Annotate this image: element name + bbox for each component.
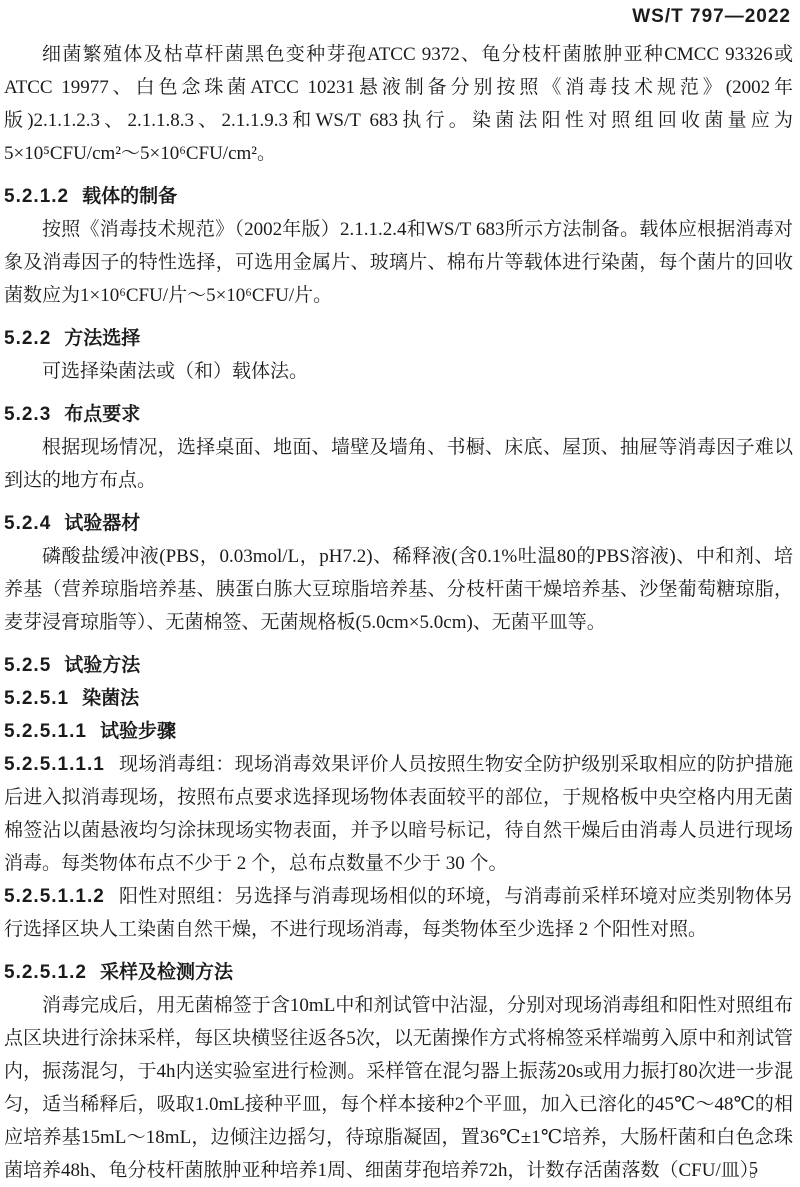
clause-number: 5.2.5.1.1.2 [4, 886, 105, 907]
heading-title: 布点要求 [64, 404, 140, 425]
heading-number: 5.2.5.1 [4, 688, 69, 709]
paragraph-text: 可选择染菌法或（和）载体法。 [42, 361, 308, 382]
page-number: 5 [749, 1158, 758, 1179]
paragraph: 磷酸盐缓冲液(PBS，0.03mol/L，pH7.2)、稀释液(含0.1%吐温8… [4, 540, 793, 639]
paragraph-text: 磷酸盐缓冲液(PBS，0.03mol/L，pH7.2)、稀释液(含0.1%吐温8… [4, 546, 793, 633]
heading-number: 5.2.1.2 [4, 186, 69, 207]
heading-number: 5.2.5 [4, 655, 51, 676]
heading-title: 试验步骤 [100, 721, 176, 742]
paragraph: 细菌繁殖体及枯草杆菌黑色变种芽孢ATCC 9372、龟分枝杆菌脓肿亚种CMCC … [4, 38, 793, 170]
paragraph-text: 按照《消毒技术规范》（2002年版）2.1.1.2.4和WS/T 683所示方法… [4, 219, 793, 306]
heading-5-2-2: 5.2.2方法选择 [4, 322, 793, 355]
paragraph: 根据现场情况，选择桌面、地面、墙壁及墙角、书橱、床底、屋顶、抽屉等消毒因子难以到… [4, 431, 793, 497]
heading-5-2-3: 5.2.3布点要求 [4, 398, 793, 431]
standard-code: WS/T 797—2022 [4, 5, 791, 28]
numbered-paragraph: 5.2.5.1.1.2阳性对照组：另选择与消毒现场相似的环境，与消毒前采样环境对… [4, 880, 793, 946]
paragraph: 消毒完成后，用无菌棉签于含10mL中和剂试管中沾湿，分别对现场消毒组和阳性对照组… [4, 989, 793, 1187]
heading-5-2-4: 5.2.4试验器材 [4, 507, 793, 540]
numbered-paragraph: 5.2.5.1.1.1现场消毒组：现场消毒效果评价人员按照生物安全防护级别采取相… [4, 748, 793, 880]
heading-number: 5.2.3 [4, 404, 51, 425]
paragraph-text: 消毒完成后，用无菌棉签于含10mL中和剂试管中沾湿，分别对现场消毒组和阳性对照组… [4, 995, 793, 1181]
heading-number: 5.2.2 [4, 328, 51, 349]
heading-5-2-5-1: 5.2.5.1染菌法 [4, 682, 793, 715]
paragraph: 可选择染菌法或（和）载体法。 [4, 355, 793, 388]
heading-title: 试验方法 [64, 655, 140, 676]
paragraph-text: 细菌繁殖体及枯草杆菌黑色变种芽孢ATCC 9372、龟分枝杆菌脓肿亚种CMCC … [4, 44, 793, 164]
paragraph: 按照《消毒技术规范》（2002年版）2.1.1.2.4和WS/T 683所示方法… [4, 213, 793, 312]
heading-title: 染菌法 [82, 688, 139, 709]
heading-number: 5.2.5.1.1 [4, 721, 87, 742]
heading-title: 试验器材 [64, 513, 140, 534]
heading-5-2-5-1-2: 5.2.5.1.2采样及检测方法 [4, 956, 793, 989]
heading-5-2-1-2: 5.2.1.2载体的制备 [4, 180, 793, 213]
heading-title: 方法选择 [64, 328, 140, 349]
heading-number: 5.2.4 [4, 513, 51, 534]
heading-number: 5.2.5.1.2 [4, 962, 87, 983]
paragraph-text: 根据现场情况，选择桌面、地面、墙壁及墙角、书橱、床底、屋顶、抽屉等消毒因子难以到… [4, 437, 793, 491]
document-page: WS/T 797—2022 细菌繁殖体及枯草杆菌黑色变种芽孢ATCC 9372、… [0, 0, 800, 1187]
heading-title: 采样及检测方法 [100, 962, 233, 983]
heading-5-2-5-1-1: 5.2.5.1.1试验步骤 [4, 715, 793, 748]
clause-number: 5.2.5.1.1.1 [4, 754, 105, 775]
paragraph-text: 阳性对照组：另选择与消毒现场相似的环境，与消毒前采样环境对应类别物体另行选择区块… [4, 886, 793, 940]
paragraph-text: 现场消毒组：现场消毒效果评价人员按照生物安全防护级别采取相应的防护措施后进入拟消… [4, 754, 793, 874]
heading-5-2-5: 5.2.5试验方法 [4, 649, 793, 682]
heading-title: 载体的制备 [82, 186, 177, 207]
